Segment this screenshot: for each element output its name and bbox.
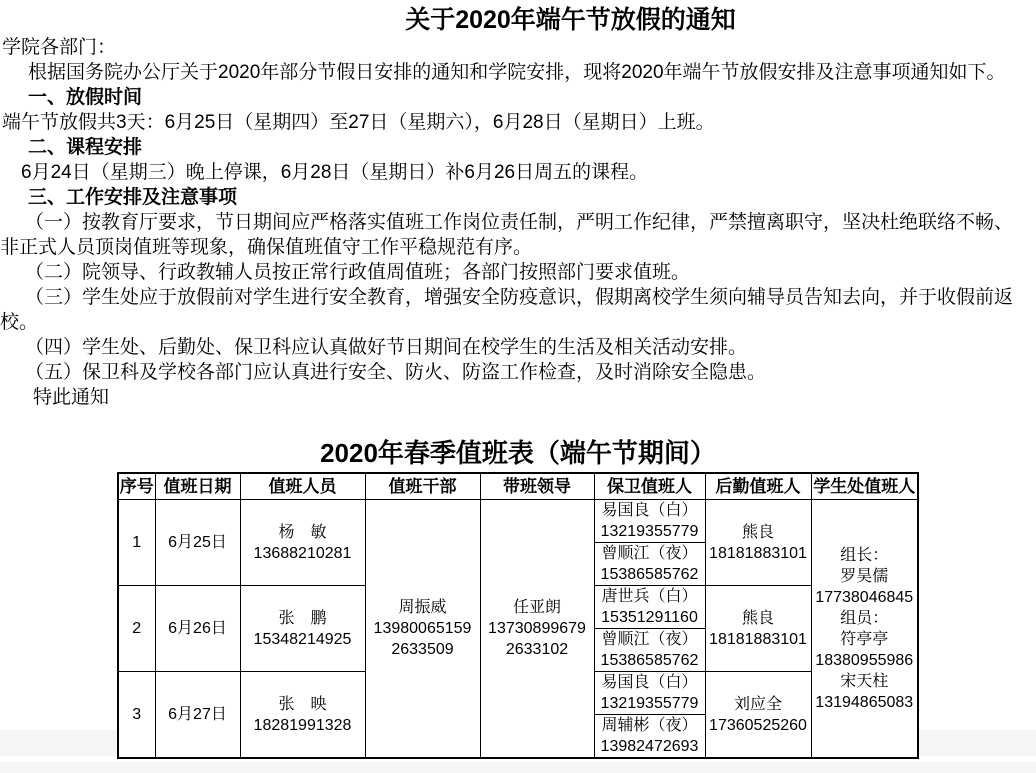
cell-security-night-2: 曾顺江（夜） 15386585762: [594, 629, 705, 672]
cell-date-1: 6月25日: [155, 500, 240, 586]
cell-person-3: 张 映 18281991328: [240, 672, 365, 759]
cell-seq-1: 1: [118, 500, 155, 586]
page-gap-band-lower: [0, 762, 1036, 773]
cell-duty-cadre: 周振威 13980065159 2633509: [365, 500, 480, 759]
column-header-date: 值班日期: [155, 473, 240, 500]
cell-logistics-3: 刘应全 17360525260: [705, 672, 811, 759]
cell-date-3: 6月27日: [155, 672, 240, 759]
cell-logistics-2: 熊良 18181883101: [705, 586, 811, 672]
cell-duty-leader: 任亚朗 13730899679 2633102: [480, 500, 594, 759]
notice-item-2: （二）院领导、行政教辅人员按正常行政值周值班；各部门按照部门要求值班。: [0, 260, 1036, 285]
duty-table: 序号 值班日期 值班人员 值班干部 带班领导 保卫值班人 后勤值班人 学生处值班…: [117, 472, 919, 759]
notice-item-3-wrap: 校。: [0, 310, 1036, 335]
notice-item-4: （四）学生处、后勤处、保卫科应认真做好节日期间在校学生的生活及相关活动安排。: [0, 335, 1036, 360]
cell-person-2: 张 鹏 15348214925: [240, 586, 365, 672]
cell-seq-3: 3: [118, 672, 155, 759]
column-header-security: 保卫值班人: [594, 473, 705, 500]
cell-date-2: 6月26日: [155, 586, 240, 672]
notice-line-course: 6月24日（星期三）晚上停课，6月28日（星期日）补6月26日周五的课程。: [0, 160, 1036, 185]
notice-item-1-wrap: 非正式人员顶岗值班等现象，确保值班值守工作平稳规范有序。: [0, 235, 1036, 260]
table-row: 1 6月25日 杨 敏 13688210281 周振威 13980065159 …: [118, 500, 918, 543]
duty-table-section: 2020年春季值班表（端午节期间） 序号 值班日期 值班人员 值班干部 带班领导…: [0, 438, 1036, 759]
column-header-cadre: 值班干部: [365, 473, 480, 500]
notice-item-1: （一）按教育厅要求，节日期间应严格落实值班工作岗位责任制，严明工作纪律，严禁擅离…: [0, 210, 1036, 235]
document-page: 关于2020年端午节放假的通知 学院各部门： 根据国务院办公厅关于2020年部分…: [0, 0, 1036, 773]
notice-item-3: （三）学生处应于放假前对学生进行安全教育，增强安全防疫意识，假期离校学生须向辅导…: [0, 285, 1036, 310]
cell-security-night-1: 曾顺江（夜） 15386585762: [594, 543, 705, 586]
cell-person-1: 杨 敏 13688210281: [240, 500, 365, 586]
notice-body: 关于2020年端午节放假的通知 学院各部门： 根据国务院办公厅关于2020年部分…: [0, 0, 1036, 410]
notice-heading-2: 二、课程安排: [0, 135, 1036, 160]
header-row: 序号 值班日期 值班人员 值班干部 带班领导 保卫值班人 后勤值班人 学生处值班…: [118, 473, 918, 500]
notice-line-salutation: 学院各部门：: [0, 35, 1036, 60]
cell-security-day-3: 易国良（白） 13219355779: [594, 672, 705, 715]
cell-seq-2: 2: [118, 586, 155, 672]
notice-item-5: （五）保卫科及学校各部门应认真进行安全、防火、防盗工作检查，及时消除安全隐患。: [0, 360, 1036, 385]
column-header-seq: 序号: [118, 473, 155, 500]
column-header-logistics: 后勤值班人: [705, 473, 811, 500]
notice-line-holiday-time: 端午节放假共3天：6月25日（星期四）至27日（星期六），6月28日（星期日）上…: [0, 110, 1036, 135]
notice-title: 关于2020年端午节放假的通知: [0, 0, 1036, 35]
duty-table-title: 2020年春季值班表（端午节期间）: [0, 438, 1036, 468]
cell-security-night-3: 周辅彬（夜） 13982472693: [594, 715, 705, 759]
notice-heading-1: 一、放假时间: [0, 85, 1036, 110]
cell-logistics-1: 熊良 18181883101: [705, 500, 811, 586]
column-header-students: 学生处值班人: [811, 473, 918, 500]
notice-closing: 特此通知: [0, 385, 1036, 410]
notice-line-intro: 根据国务院办公厅关于2020年部分节假日安排的通知和学院安排，现将2020年端午…: [0, 60, 1036, 85]
column-header-leader: 带班领导: [480, 473, 594, 500]
cell-security-day-1: 易国良（白） 13219355779: [594, 500, 705, 543]
column-header-person: 值班人员: [240, 473, 365, 500]
cell-student-office: 组长： 罗昊儒 17738046845 组员： 符亭亭 18380955986 …: [811, 500, 918, 759]
notice-heading-3: 三、工作安排及注意事项: [0, 185, 1036, 210]
cell-security-day-2: 唐世兵（白） 15351291160: [594, 586, 705, 629]
